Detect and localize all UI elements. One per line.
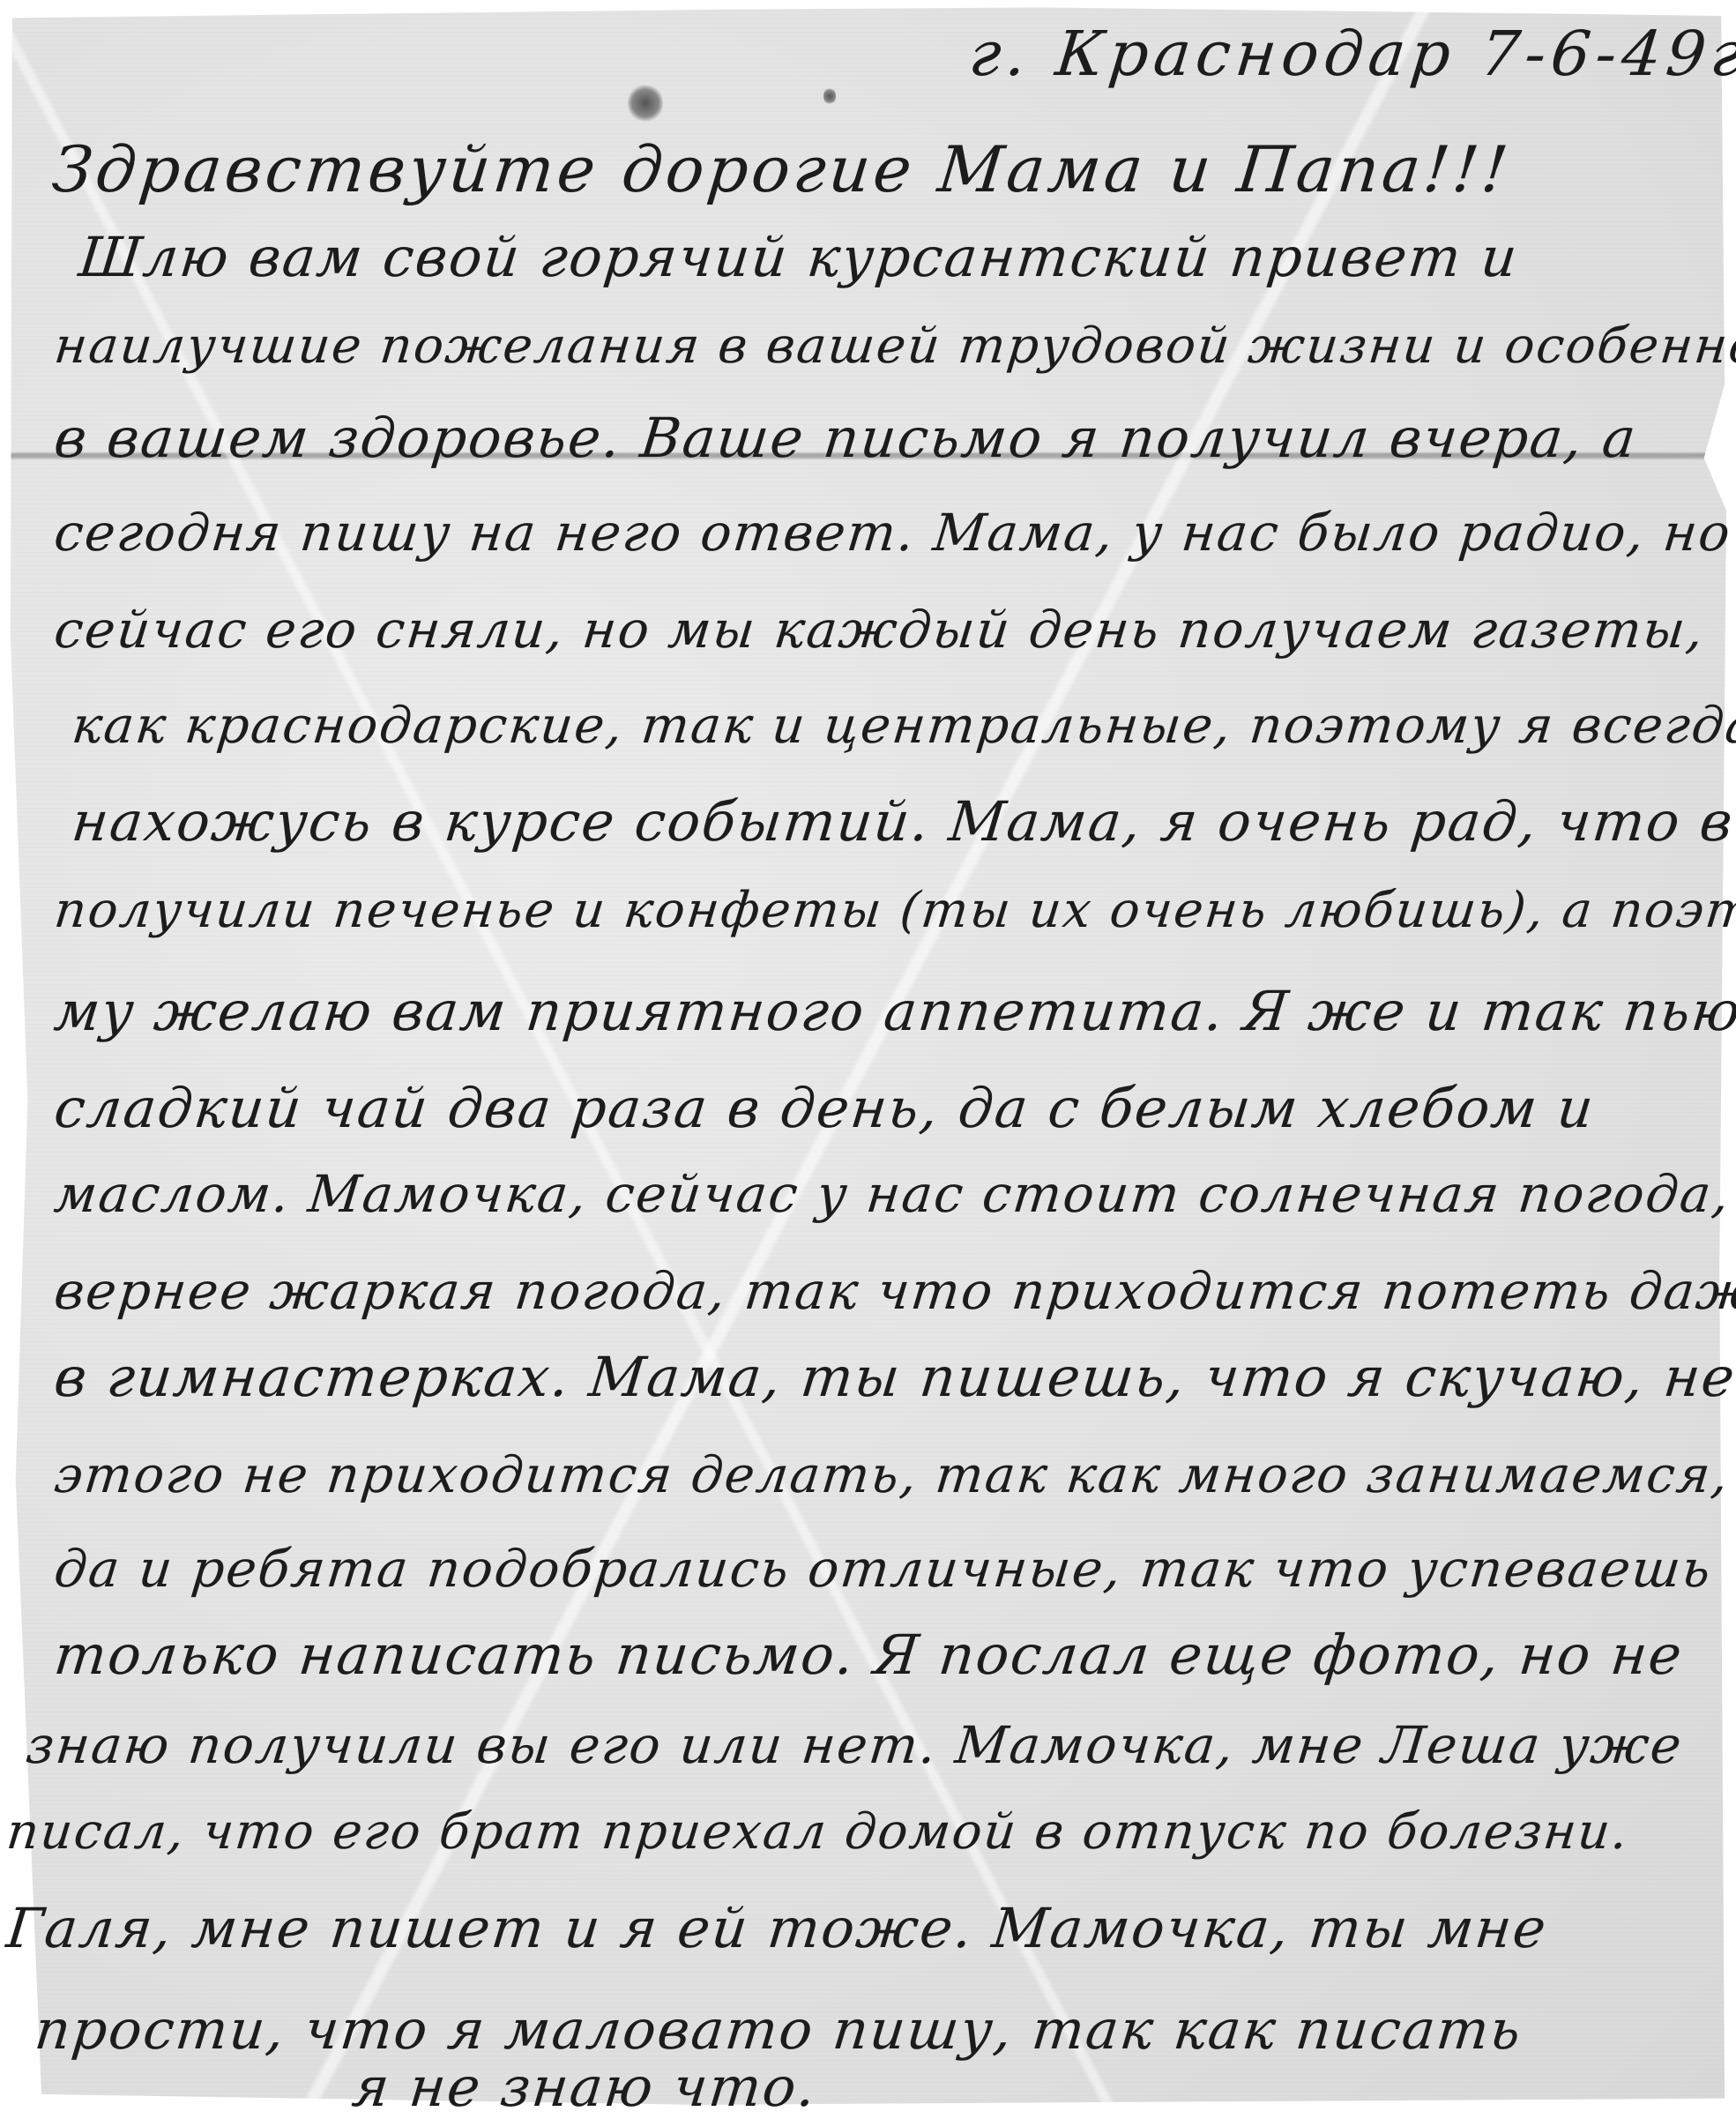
letter-line: наилучшие пожелания в вашей трудовой жиз… (52, 317, 1736, 375)
letter-line: в вашем здоровье. Ваше письмо я получил … (51, 406, 1640, 470)
ink-stain (628, 83, 663, 123)
letter-place-date: г. Краснодар 7-6-49г. (966, 18, 1736, 90)
letter-line: я не знаю что. (349, 2055, 820, 2119)
letter-greeting: Здравствуйте дорогие Мама и Папа!!! (49, 132, 1516, 206)
letter-line: получили печенье и конфеты (ты их очень … (52, 882, 1736, 939)
letter-line: вернее жаркая погода, так что приходится… (51, 1261, 1736, 1321)
ink-stain (823, 86, 836, 106)
letter-line: как краснодарские, так и центральные, по… (70, 697, 1736, 755)
letter-line: знаю получили вы его или нет. Мамочка, м… (23, 1715, 1686, 1775)
letter-line: маслом. Мамочка, сейчас у нас стоит солн… (51, 1164, 1733, 1224)
letter-line: сегодня пишу на него ответ. Мама, у нас … (51, 503, 1734, 563)
letter-line: сейчас его сняли, но мы каждый день полу… (51, 600, 1708, 660)
letter-line: нахожусь в курсе событий. Мама, я очень … (69, 789, 1736, 854)
letter-line: сладкий чай два раза в день, да с белым … (51, 1076, 1598, 1140)
letter-line: этого не приходится делать, так как мног… (52, 1446, 1732, 1504)
letter-line: в гимнастерках. Мама, ты пишешь, что я с… (51, 1345, 1736, 1409)
letter-line: Галя, мне пишет и я ей тоже. Мамочка, ты… (4, 1896, 1551, 1960)
letter-line: да и ребята подобрались отличные, так чт… (51, 1539, 1715, 1599)
letter-line: му желаю вам приятного аппетита. Я же и … (51, 979, 1736, 1043)
letter-line: Шлю вам свой горячий курсантский привет … (76, 225, 1522, 289)
letter-line: прости, что я маловато пишу, так как пис… (32, 1997, 1525, 2062)
letter-line: писал, что его брат приехал домой в отпу… (4, 1803, 1632, 1861)
letter-line: только написать письмо. Я послал еще фот… (51, 1623, 1687, 1687)
